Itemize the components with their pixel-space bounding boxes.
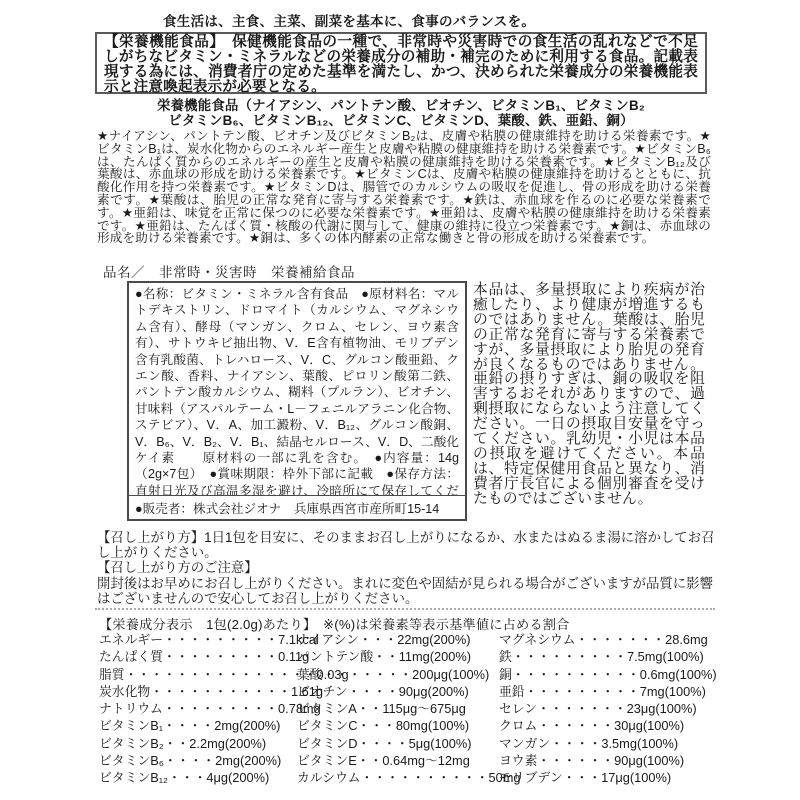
nutrition-row: 炭水化物・・・・・・・・・・・1.61g <box>99 683 289 700</box>
nutrition-row: 脂質・・・・・・・・・・・・・・・0.03g <box>99 666 289 683</box>
ingredients-and-details: ●名称：ビタミン・ミネラル含有食品 ●原材料名：マルトデキストリン、ドロマイト（… <box>129 283 465 495</box>
ffc-nutrient-list-line2: ビタミンB₆、ビタミンB₁₂、ビタミンC、ビタミンD、葉酸、鉄、亜鉛、銅） <box>95 114 707 129</box>
serving-how-to-text: 【召し上がり方】1日1包を目安に、そのままお召し上がりになるか、水またはぬるま湯… <box>97 530 715 560</box>
nutrition-row: たんぱく質・・・・・・・・・0.11g <box>99 648 289 665</box>
nutrition-row: エネルギー・・・・・・・・・7.1kcal <box>99 631 289 648</box>
nutrition-row: パントテン酸・・11mg(200%) <box>297 648 491 665</box>
nutrition-row: ビタミンD・・・・5μg(100%) <box>297 735 491 752</box>
nutrition-row: モリブデン・・・17μg(100%) <box>499 769 715 786</box>
dotted-divider <box>95 608 715 610</box>
serving-instructions: 【召し上がり方】1日1包を目安に、そのままお召し上がりになるか、水またはぬるま湯… <box>97 530 715 606</box>
seller-row: ●販売者：株式会社ジオナ 兵庫県西宮市産所町15-14 <box>129 495 465 519</box>
nutrition-row: カルシウム・・・・・・・・・・50mg <box>297 769 491 786</box>
nutrition-row: ビタミンB₂・・2.2mg(200%) <box>99 735 289 752</box>
nutrition-row: ビタミンC・・・80mg(100%) <box>297 717 491 734</box>
nutrition-row: ナトリウム・・・・・・・・・0.78mg <box>99 700 289 717</box>
nutrition-column-1: エネルギー・・・・・・・・・7.1kcalたんぱく質・・・・・・・・・0.11g… <box>99 631 289 787</box>
nutrition-row: マグネシウム・・・・・・・28.6mg <box>499 631 715 648</box>
nutrition-row: クロム・・・・・・30μg(100%) <box>499 717 715 734</box>
nutrition-row: 亜鉛・・・・・・・・・7mg(100%) <box>499 683 715 700</box>
nutrition-row: 葉酸・・・・・・・200μg(100%) <box>297 666 491 683</box>
nutrition-row: 銅・・・・・・・・・・0.6mg(100%) <box>499 666 715 683</box>
overdose-caution-note: 本品は、多量摂取により疾病が治癒したり、より健康が増進するものではありません。葉… <box>473 283 705 507</box>
nutrition-row: ビタミンB₁₂・・・4μg(200%) <box>99 769 289 786</box>
serving-note-heading: 【召し上がり方のご注意】 <box>97 560 715 575</box>
nutrient-function-claims: ★ナイアシン、パントテン酸、ビオチン及びビタミンB₂は、皮膚や粘膜の健康維持を助… <box>97 130 711 245</box>
ffc-nutrient-list: 栄養機能食品（ナイアシン、パントテン酸、ビオチン、ビタミンB₁、ビタミンB₂ ビ… <box>95 99 707 128</box>
serving-note-text: 開封後はお早めにお召し上がりください。まれに変色や固結が見られる場合がございます… <box>97 576 715 606</box>
nutrition-row: セレン・・・・・・・23μg(100%) <box>499 700 715 717</box>
product-label-page: 食生活は、主食、主菜、副菜を基本に、食事のバランスを。 【栄養機能食品】 保健機… <box>0 0 800 800</box>
product-name-line: 品名／ 非常時・災害時 栄養補給食品 <box>103 261 355 281</box>
nutrition-row: ビタミンB₆・・・・2mg(200%) <box>99 752 289 769</box>
nutrition-row: ビタミンA・・115μg～675μg <box>297 700 491 717</box>
nutrition-column-3: マグネシウム・・・・・・・28.6mg鉄・・・・・・・・・7.5mg(100%)… <box>499 631 715 787</box>
nutrition-row: ビタミンE・・0.64mg～12mg <box>297 752 491 769</box>
nutrition-row: マンガン・・・・3.5mg(100%) <box>499 735 715 752</box>
dietary-balance-note: 食生活は、主食、主菜、副菜を基本に、食事のバランスを。 <box>163 10 535 30</box>
nutrition-column-2: ナイアシン・・・22mg(200%)パントテン酸・・11mg(200%)葉酸・・… <box>297 631 491 787</box>
nutrition-row: 鉄・・・・・・・・・7.5mg(100%) <box>499 648 715 665</box>
nutrition-row: ビタミンB₁・・・・2mg(200%) <box>99 717 289 734</box>
product-info-box: ●名称：ビタミン・ミネラル含有食品 ●原材料名：マルトデキストリン、ドロマイト（… <box>127 281 467 521</box>
nutrition-row: ナイアシン・・・22mg(200%) <box>297 631 491 648</box>
nutrition-row: ビオチン・・・・90μg(200%) <box>297 683 491 700</box>
nutrition-row: ヨウ素・・・・・・90μg(100%) <box>499 752 715 769</box>
ffc-definition-text: 【栄養機能食品】 保健機能食品の一種で、非常時や災害時での食生活の乱れなどで不足… <box>104 34 698 95</box>
ffc-definition-box: 【栄養機能食品】 保健機能食品の一種で、非常時や災害時での食生活の乱れなどで不足… <box>95 32 707 94</box>
nutrition-facts-panel: エネルギー・・・・・・・・・7.1kcalたんぱく質・・・・・・・・・0.11g… <box>99 631 715 787</box>
ffc-nutrient-list-line1: 栄養機能食品（ナイアシン、パントテン酸、ビオチン、ビタミンB₁、ビタミンB₂ <box>95 99 707 114</box>
